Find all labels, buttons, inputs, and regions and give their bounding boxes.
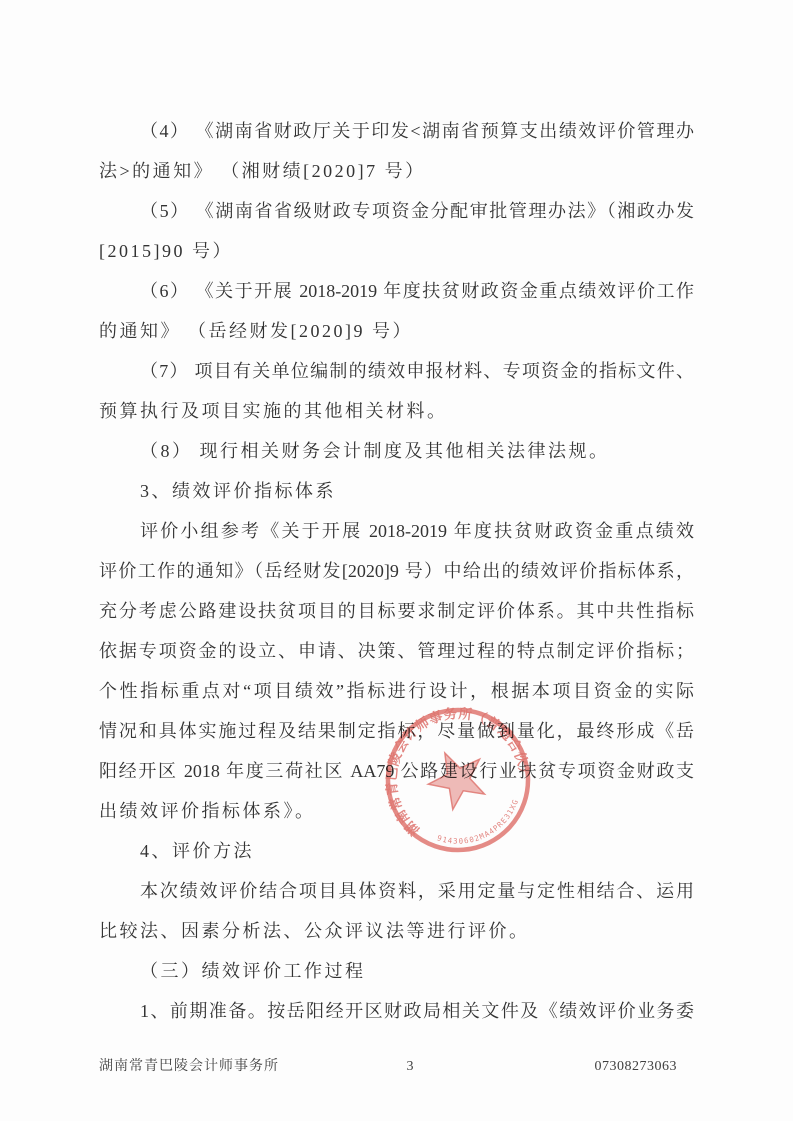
text-line: 充分考虑公路建设扶贫项目的目标要求制定评价体系。其中共性指标 [99, 591, 694, 631]
text-line: （6） 《关于开展 2018-2019 年度扶贫财政资金重点绩效评价工作 [99, 271, 694, 311]
text-line: 本次绩效评价结合项目具体资料，采用定量与定性相结合、运用 [99, 871, 694, 911]
footer-company-name: 湖南常青巴陵会计师事务所 [99, 1056, 279, 1078]
document-body: （4） 《湖南省财政厅关于印发<湖南省预算支出绩效评价管理办 法>的通知》 （湘… [99, 111, 694, 1031]
section-heading: 3、绩效评价指标体系 [99, 471, 694, 511]
text-line: （7） 项目有关单位编制的绩效申报材料、专项资金的指标文件、 [99, 351, 694, 391]
text-line: 比较法、因素分析法、公众评议法等进行评价。 [99, 911, 694, 951]
text-line: 个性指标重点对“项目绩效”指标进行设计，根据本项目资金的实际 [99, 671, 694, 711]
text-line: 依据专项资金的设立、申请、决策、管理过程的特点制定评价指标； [99, 631, 694, 671]
text-line: 阳经开区 2018 年度三荷社区 AA79 公路建设行业扶贫专项资金财政支 [99, 751, 694, 791]
section-heading: 4、评价方法 [99, 831, 694, 871]
text-line: 评价小组参考《关于开展 2018-2019 年度扶贫财政资金重点绩效 [99, 511, 694, 551]
text-line: [2015]90 号） [99, 231, 694, 271]
text-line: 预算执行及项目实施的其他相关材料。 [99, 391, 694, 431]
text-line: （8） 现行相关财务会计制度及其他相关法律法规。 [99, 431, 694, 471]
text-line: 出绩效评价指标体系》。 [99, 791, 694, 831]
text-line: （4） 《湖南省财政厅关于印发<湖南省预算支出绩效评价管理办 [99, 111, 694, 151]
text-line: （5） 《湖南省省级财政专项资金分配审批管理办法》（湘政办发 [99, 191, 694, 231]
section-heading: （三）绩效评价工作过程 [99, 951, 694, 991]
text-line: 情况和具体实施过程及结果制定指标，尽量做到量化，最终形成《岳 [99, 711, 694, 751]
text-line: 1、前期准备。按岳阳经开区财政局相关文件及《绩效评价业务委 [99, 991, 694, 1031]
text-line: 评价工作的通知》（岳经财发[2020]9 号）中给出的绩效评价指标体系， [99, 551, 694, 591]
footer-phone-number: 07308273063 [595, 1056, 678, 1078]
document-page: （4） 《湖南省财政厅关于印发<湖南省预算支出绩效评价管理办 法>的通知》 （湘… [0, 0, 793, 1121]
text-line: 的通知》 （岳经财发[2020]9 号） [99, 311, 694, 351]
text-line: 法>的通知》 （湘财绩[2020]7 号） [99, 151, 694, 191]
footer-page-number: 3 [380, 1056, 440, 1078]
page-footer: 湖南常青巴陵会计师事务所 3 07308273063 [0, 1056, 793, 1078]
